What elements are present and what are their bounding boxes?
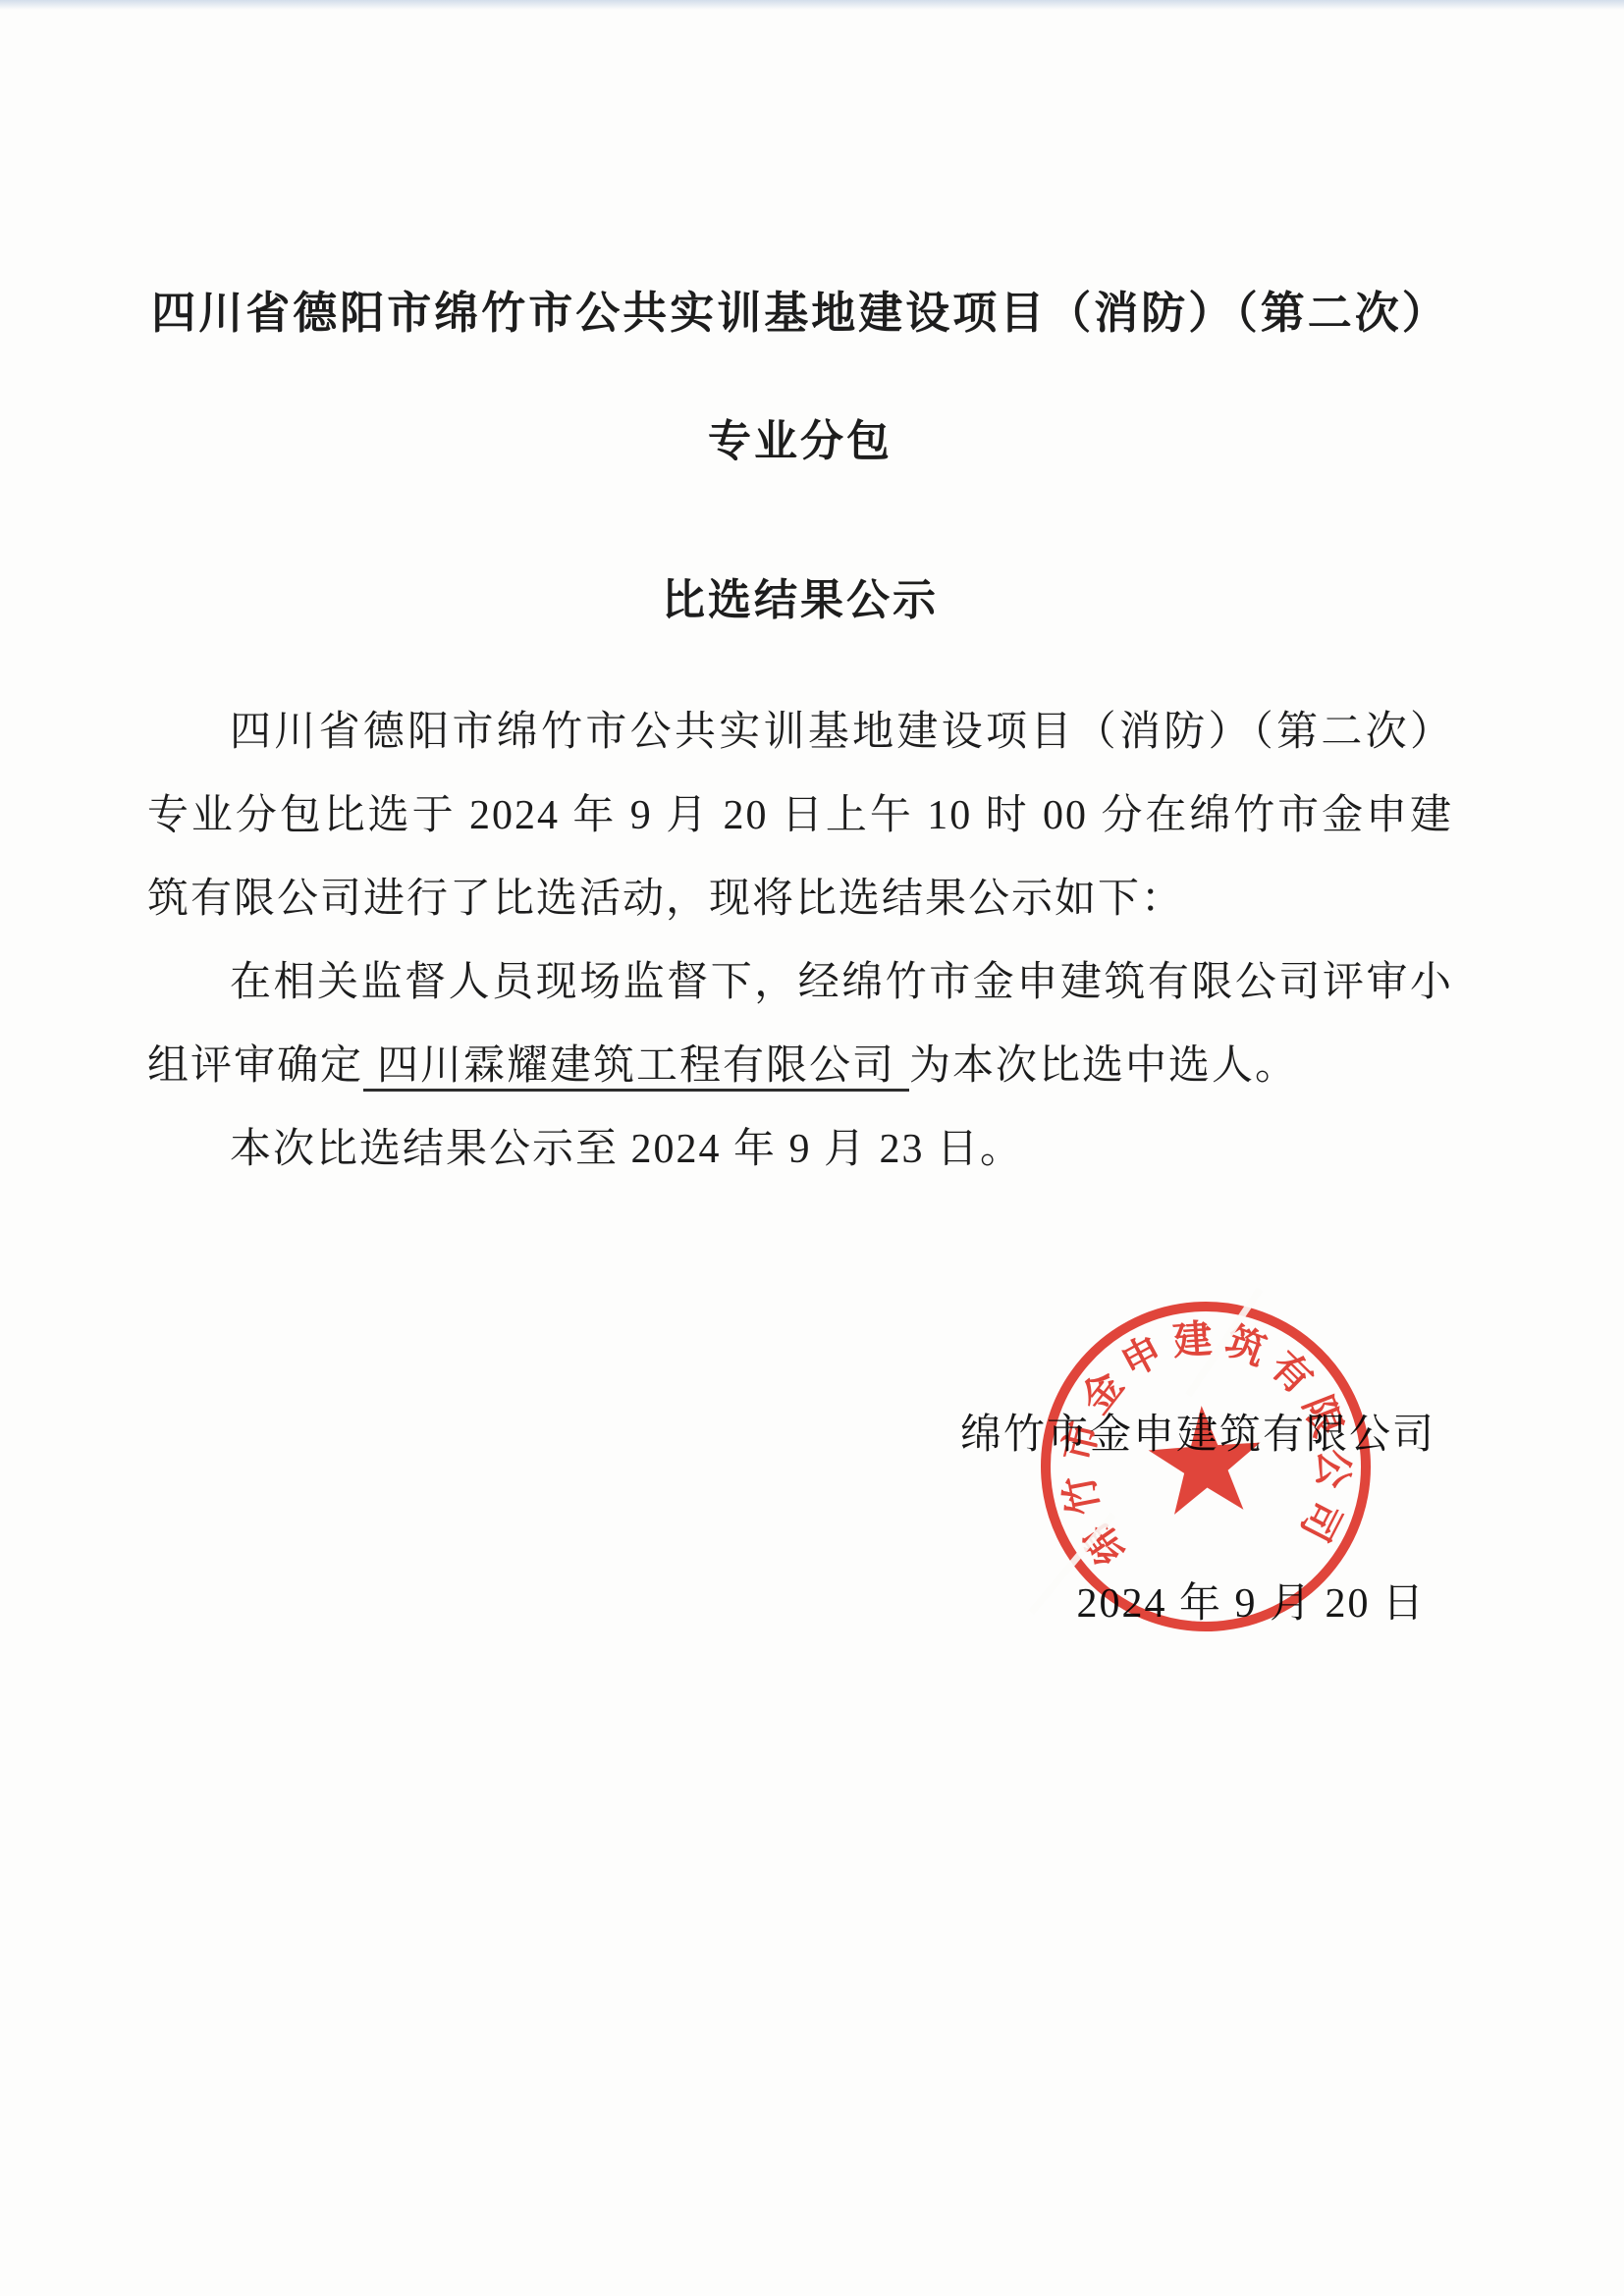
document-page: 四川省德阳市绵竹市公共实训基地建设项目（消防）（第二次） 专业分包 比选结果公示… <box>0 0 1624 2296</box>
paragraph-publicity-period: 本次比选结果公示至 2024 年 9 月 23 日。 <box>147 1108 1453 1192</box>
document-title-line3: 比选结果公示 <box>147 575 1453 627</box>
document-title-line1: 四川省德阳市绵竹市公共实训基地建设项目（消防）（第二次） <box>147 287 1453 340</box>
company-seal: 绵竹市金申建筑有限公司 2156839901150 <box>1025 1286 1385 1646</box>
winner-company-name: 四川霖耀建筑工程有限公司 <box>363 1043 909 1092</box>
document-title-line2: 专业分包 <box>147 416 1453 468</box>
paragraph-announcement: 四川省德阳市绵竹市公共实训基地建设项目（消防）（第二次）专业分包比选于 2024… <box>147 691 1453 941</box>
scan-artifact-band <box>0 0 1624 10</box>
document-body: 四川省德阳市绵竹市公共实训基地建设项目（消防）（第二次）专业分包比选于 2024… <box>147 691 1453 1192</box>
result-suffix: 为本次比选中选人。 <box>909 1043 1298 1089</box>
star-icon <box>1146 1402 1265 1516</box>
paragraph-result: 在相关监督人员现场监督下，经绵竹市金申建筑有限公司评审小组评审确定四川霖耀建筑工… <box>147 941 1453 1108</box>
